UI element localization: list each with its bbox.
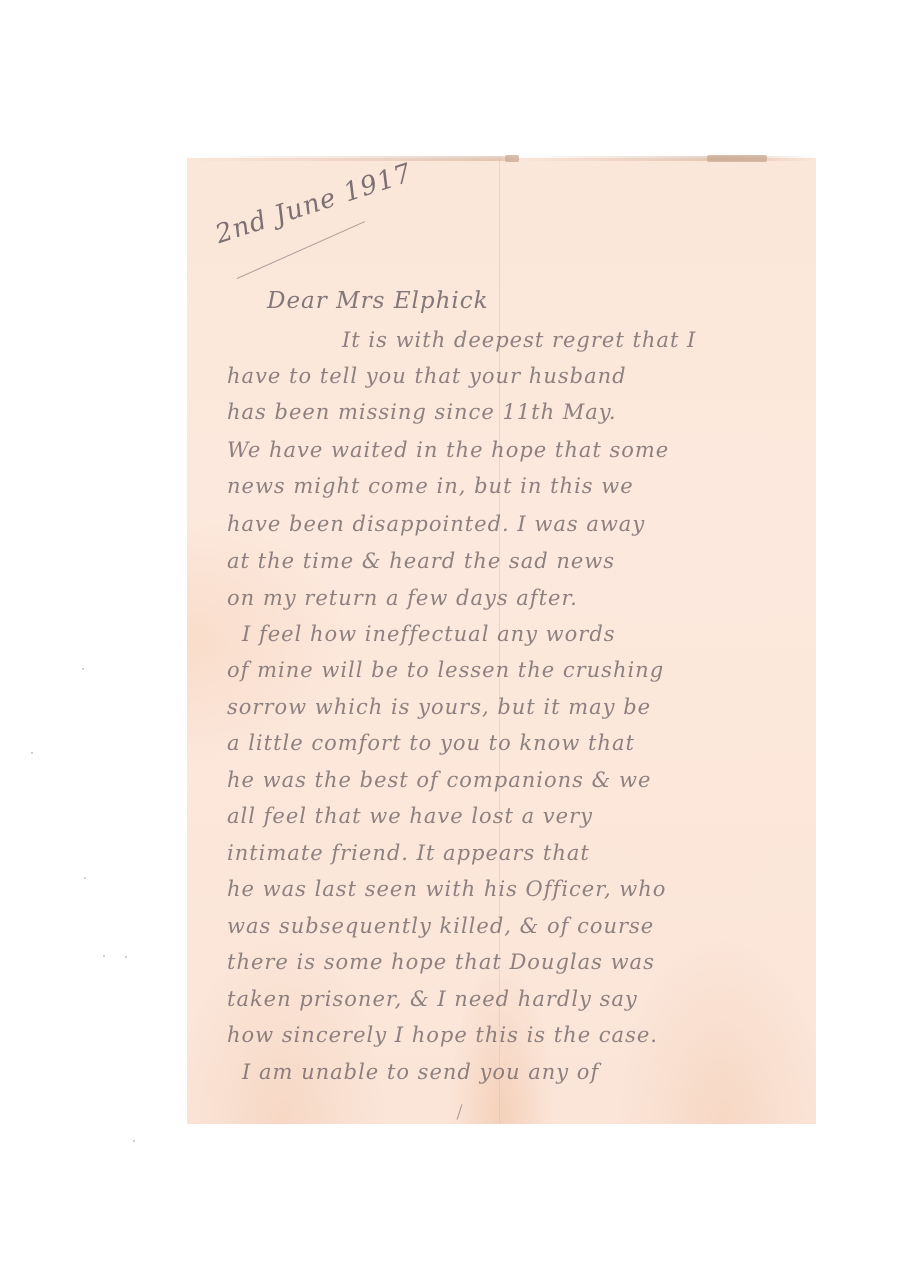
letter-line: how sincerely I hope this is the case. bbox=[227, 1023, 658, 1047]
letter-salutation: Dear Mrs Elphick bbox=[267, 288, 489, 314]
letter-line: taken prisoner, & I need hardly say bbox=[227, 987, 638, 1011]
letter-paper: 2nd June 1917 Dear Mrs Elphick It is wit… bbox=[187, 158, 816, 1124]
paper-tear bbox=[505, 155, 519, 162]
letter-line: have been disappointed. I was away bbox=[227, 512, 645, 536]
letter-line: It is with deepest regret that I bbox=[342, 328, 696, 352]
letter-line: was subsequently killed, & of course bbox=[227, 914, 654, 938]
letter-line: I feel how ineffectual any words bbox=[242, 622, 616, 646]
paper-tear bbox=[707, 155, 767, 162]
scan-speck bbox=[31, 752, 33, 754]
letter-line: on my return a few days after. bbox=[227, 586, 578, 610]
letter-line: all feel that we have lost a very bbox=[227, 804, 593, 828]
letter-line: sorrow which is yours, but it may be bbox=[227, 695, 651, 719]
scan-speck bbox=[82, 668, 84, 670]
scan-speck bbox=[84, 877, 86, 879]
letter-line: at the time & heard the sad news bbox=[227, 549, 615, 573]
letter-line: of mine will be to lessen the crushing bbox=[227, 658, 664, 682]
letter-line: he was last seen with his Officer, who bbox=[227, 877, 666, 901]
scan-speck bbox=[103, 955, 105, 957]
letter-line: a little comfort to you to know that bbox=[227, 731, 635, 755]
scan-speck bbox=[133, 1140, 135, 1142]
letter-line: has been missing since 11th May. bbox=[227, 400, 617, 424]
letter-line: intimate friend. It appears that bbox=[227, 841, 590, 865]
scan-speck bbox=[125, 956, 127, 958]
letter-line: have to tell you that your husband bbox=[227, 364, 627, 388]
letter-date: 2nd June 1917 bbox=[212, 158, 416, 250]
letter-line: he was the best of companions & we bbox=[227, 768, 651, 792]
letter-line: there is some hope that Douglas was bbox=[227, 950, 655, 974]
letter-line: We have waited in the hope that some bbox=[227, 438, 669, 462]
page-mark bbox=[457, 1104, 463, 1120]
letter-line: I am unable to send you any of bbox=[242, 1060, 599, 1084]
letter-line: news might come in, but in this we bbox=[227, 474, 634, 498]
